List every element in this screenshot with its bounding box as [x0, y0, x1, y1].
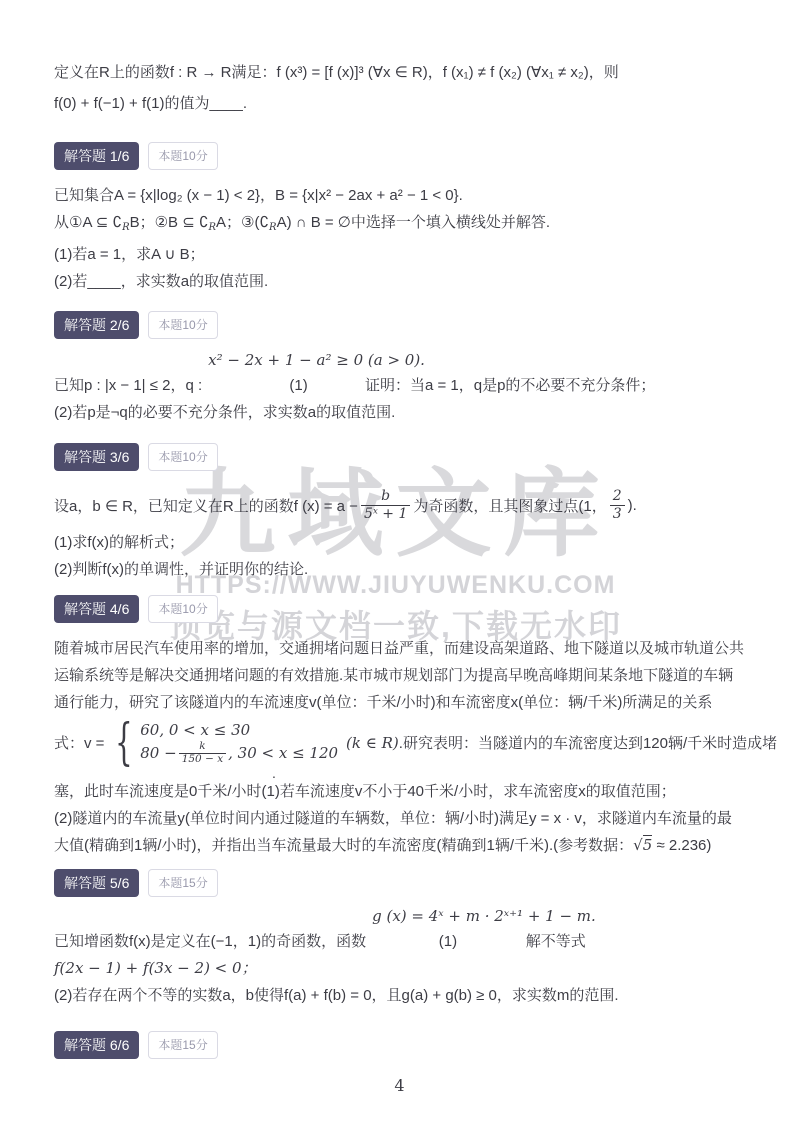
- q1-line2-seg: B；②B ⊆ ∁: [130, 214, 209, 231]
- q5-tail: 解不等式: [526, 929, 586, 955]
- q5-lead: 已知增函数f(x)是定义在(−1，1)的奇函数，函数: [54, 929, 366, 955]
- q2-line-2: (2)若p是¬q的必要不充分条件，求实数a的取值范围.: [54, 399, 745, 426]
- q4-line-3: 通行能力，研究了该隧道内的车流速度v(单位：千米/小时)和车流密度x(单位：辆/…: [54, 689, 745, 716]
- q4-line-7: 大值(精确到1辆/小时)，并指出当车流量最大时的车流密度(精确到1辆/千米).(…: [54, 832, 745, 859]
- q3-mid: 为奇函数，且其图象过点(1，: [413, 495, 606, 516]
- q4-piecewise-tail: (k ∈ R).研究表明：当隧道内的车流密度达到120辆/千米时造成堵: [346, 732, 777, 753]
- question-5: 已知增函数f(x)是定义在(−1，1)的奇函数，函数 g (x) = 4ˣ + …: [54, 903, 745, 1009]
- question-badge-3: 解答题 3/6: [54, 443, 139, 471]
- q2-lead: 已知p : |x − 1| ≤ 2，q :: [54, 373, 202, 399]
- left-brace: {: [116, 719, 133, 765]
- question-badge-2: 解答题 2/6: [54, 311, 139, 339]
- sqrt-symbol: √: [633, 836, 643, 854]
- q3-tail: ).: [628, 497, 637, 514]
- q4-line-2: 运输系统等是解决交通拥堵问题的有效措施.某市城市规划部门为提高早晚高峰期间某条地…: [54, 662, 745, 689]
- q1-line2-seg: 从①A ⊆ ∁: [54, 214, 122, 231]
- points-badge-6: 本题15分: [148, 1031, 217, 1059]
- question-badge-5: 解答题 5/6: [54, 869, 139, 897]
- q3-fraction-2: 2 3: [610, 488, 625, 521]
- intro-line-2: f(0) + f(−1) + f(1)的值为____.: [54, 88, 745, 119]
- points-badge-5: 本题15分: [148, 869, 217, 897]
- q4-line-1: 随着城市居民汽车使用率的增加，交通拥堵问题日益严重，而建设高架道路、地下隧道以及…: [54, 635, 745, 662]
- question-badge-4: 解答题 4/6: [54, 595, 139, 623]
- q4-piecewise-cases: 60, 0 < x ≤ 30 80 − k150 − x, 30 < x ≤ 1…: [140, 719, 338, 765]
- q1-line-1: 已知集合A = {x|log₂ (x − 1) < 2}，B = {x|x² −…: [54, 182, 745, 209]
- q3-line-1: 设a，b ∈ R，已知定义在R上的函数f (x) = a − b 5ˣ + 1 …: [54, 481, 745, 529]
- q4-tail-text: .研究表明：当隧道内的车流密度达到120辆/千米时造成堵: [399, 735, 777, 752]
- q5-line-1: 已知增函数f(x)是定义在(−1，1)的奇函数，函数 g (x) = 4ˣ + …: [54, 903, 745, 955]
- complement-subscript: R: [209, 222, 217, 233]
- question-header-6: 解答题 6/6 本题15分: [54, 1031, 745, 1059]
- q2-formula: x² − 2x + 1 − a² ≥ 0 (a > 0).: [208, 347, 425, 373]
- q1-line-2: 从①A ⊆ ∁RB；②B ⊆ ∁RA；③(∁RA) ∩ B = ∅中选择一个填入…: [54, 209, 745, 241]
- question-header-4: 解答题 4/6 本题10分: [54, 595, 745, 623]
- intro-line-1: 定义在R上的函数f : R → R满足：f (x³) = [f (x)]³ (∀…: [54, 57, 745, 88]
- fraction-denominator: 150 − x: [179, 753, 226, 766]
- q3-fraction-1: b 5ˣ + 1: [361, 488, 410, 521]
- fraction-numerator: 2: [610, 488, 625, 504]
- complement-subscript: R: [269, 222, 277, 233]
- q5-part-number: (1): [439, 929, 457, 955]
- q5-formula: g (x) = 4ˣ + m · 2ˣ⁺¹ + 1 − m.: [372, 903, 596, 929]
- q1-line-3: (1)若a = 1，求A ∪ B；: [54, 241, 745, 268]
- q4-mini-fraction: k150 − x: [179, 741, 226, 765]
- question-header-3: 解答题 3/6 本题10分: [54, 443, 745, 471]
- fraction-denominator: 5ˣ + 1: [361, 505, 410, 522]
- question-2: 已知p : |x − 1| ≤ 2，q : x² − 2x + 1 − a² ≥…: [54, 347, 745, 426]
- q5-line-2: f(2x − 1) + f(3x − 2) < 0；: [54, 955, 745, 982]
- q4-stray-period: .: [54, 768, 745, 778]
- question-header-2: 解答题 2/6 本题10分: [54, 311, 745, 339]
- q4-line-6: (2)隧道内的车流量y(单位时间内通过隧道的车辆数，单位：辆/小时)满足y = …: [54, 805, 745, 832]
- q3-line-3: (2)判断f(x)的单调性，并证明你的结论.: [54, 556, 745, 583]
- points-badge-3: 本题10分: [148, 443, 217, 471]
- q4-case-1: 60, 0 < x ≤ 30: [140, 719, 338, 741]
- page-number: 4: [54, 1075, 745, 1097]
- q2-line-1: 已知p : |x − 1| ≤ 2，q : x² − 2x + 1 − a² ≥…: [54, 347, 745, 399]
- points-badge-1: 本题10分: [148, 142, 217, 170]
- question-3: 设a，b ∈ R，已知定义在R上的函数f (x) = a − b 5ˣ + 1 …: [54, 481, 745, 583]
- intro-problem: 定义在R上的函数f : R → R满足：f (x³) = [f (x)]³ (∀…: [54, 57, 745, 119]
- document-page: 九域文库 HTTPS://WWW.JIUYUWENKU.COM 预览与源文档一致…: [0, 0, 791, 1122]
- question-4: 随着城市居民汽车使用率的增加，交通拥堵问题日益严重，而建设高架道路、地下隧道以及…: [54, 635, 745, 859]
- q2-part-number: (1): [289, 373, 307, 399]
- q1-line2-seg: A) ∩ B = ∅中选择一个填入横线处并解答.: [277, 214, 550, 231]
- fraction-numerator: b: [378, 488, 393, 504]
- q4-line7-seg: 大值(精确到1辆/小时)，并指出当车流量最大时的车流密度(精确到1辆/千米).(…: [54, 837, 633, 854]
- q4-case2-seg: 80 −: [140, 742, 176, 764]
- fraction-denominator: 3: [610, 505, 625, 522]
- fraction-numerator: k: [196, 741, 208, 753]
- complement-subscript: R: [122, 222, 130, 233]
- q4-k-in-R: (k ∈ R): [346, 734, 399, 752]
- q1-line2-seg: A；③(∁: [216, 214, 269, 231]
- q3-lead: 设a，b ∈ R，已知定义在R上的函数f (x) = a −: [54, 495, 358, 516]
- question-header-5: 解答题 5/6 本题15分: [54, 869, 745, 897]
- page-content: 定义在R上的函数f : R → R满足：f (x³) = [f (x)]³ (∀…: [0, 0, 791, 1097]
- q3-line-2: (1)求f(x)的解析式；: [54, 529, 745, 556]
- q4-line7-seg: ≈ 2.236): [652, 837, 711, 854]
- q4-line-5: 塞，此时车流速度是0千米/小时(1)若车流速度v不小于40千米/小时，求车流密度…: [54, 778, 745, 805]
- points-badge-2: 本题10分: [148, 311, 217, 339]
- q4-piecewise-lead: 式：v =: [54, 732, 104, 753]
- points-badge-4: 本题10分: [148, 595, 217, 623]
- q2-tail: 证明：当a = 1，q是p的不必要不充分条件；: [365, 373, 655, 399]
- question-badge-1: 解答题 1/6: [54, 142, 139, 170]
- q5-line-3: (2)若存在两个不等的实数a，b使得f(a) + f(b) = 0，且g(a) …: [54, 982, 745, 1009]
- question-badge-6: 解答题 6/6: [54, 1031, 139, 1059]
- q4-case2-seg: , 30 < x ≤ 120: [228, 742, 338, 764]
- q4-case-2: 80 − k150 − x, 30 < x ≤ 120: [140, 741, 338, 765]
- q1-line-4: (2)若____，求实数a的取值范围.: [54, 268, 745, 295]
- question-1: 已知集合A = {x|log₂ (x − 1) < 2}，B = {x|x² −…: [54, 182, 745, 295]
- sqrt-radicand: 5: [643, 835, 653, 854]
- question-header-1: 解答题 1/6 本题10分: [54, 142, 745, 170]
- q4-piecewise-line: 式：v = { 60, 0 < x ≤ 30 80 − k150 − x, 30…: [54, 719, 745, 765]
